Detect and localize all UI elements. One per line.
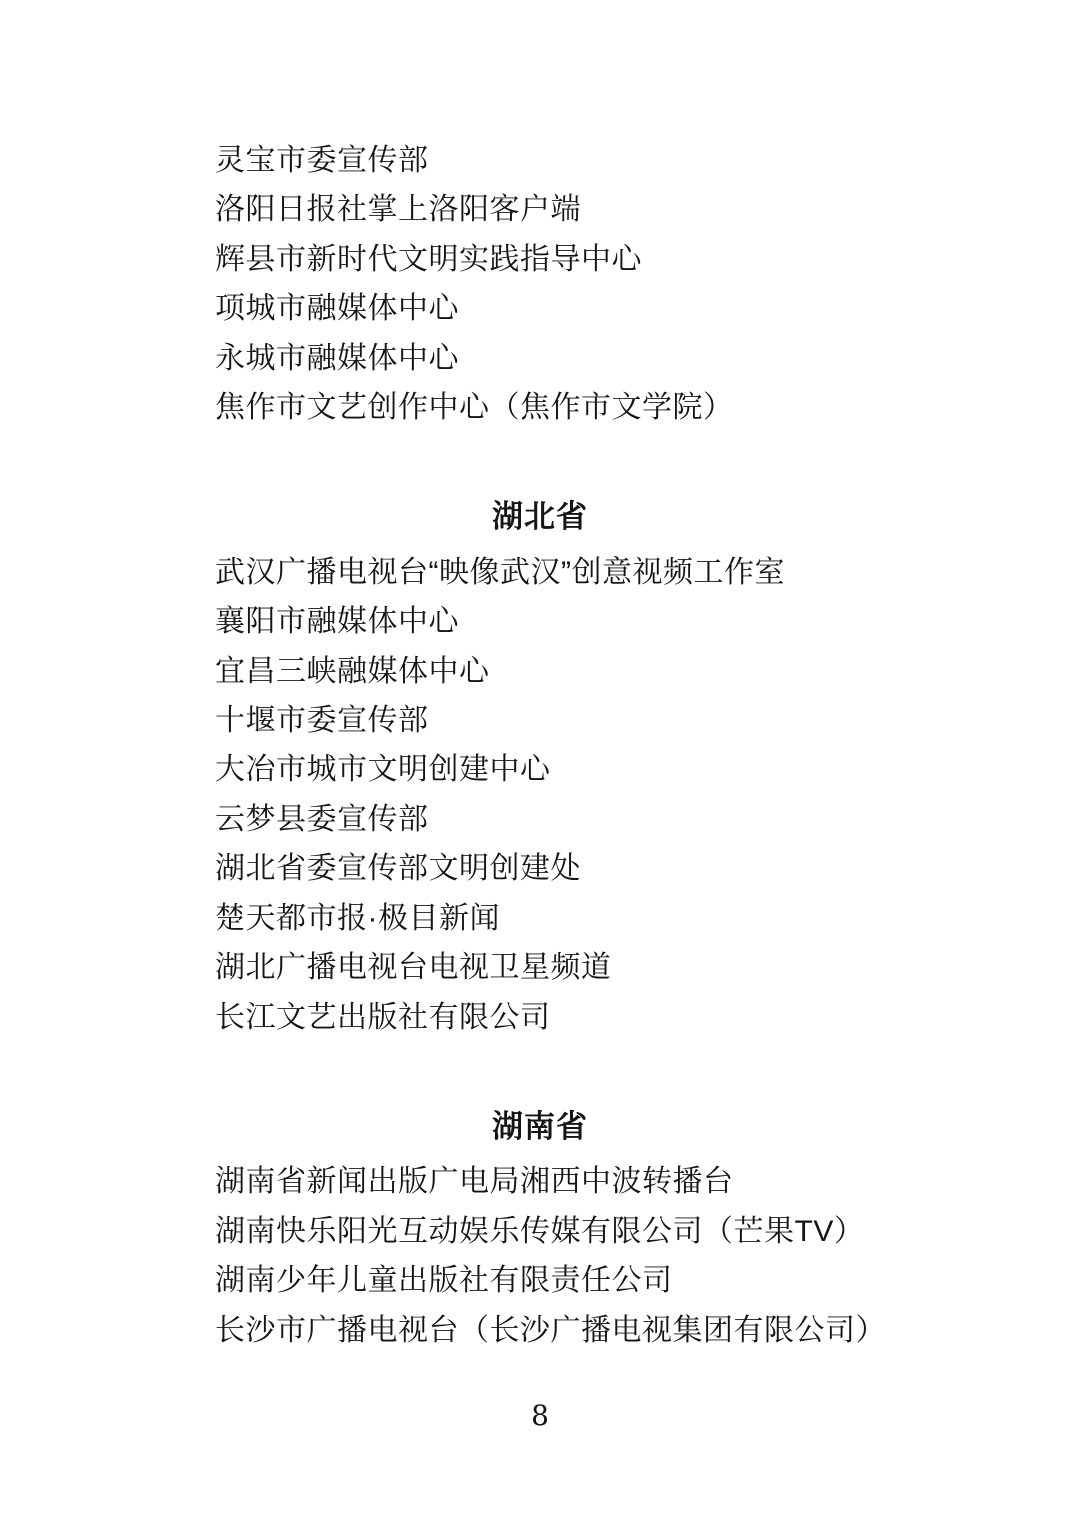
section-henan-continued: 灵宝市委宣传部 洛阳日报社掌上洛阳客户端 辉县市新时代文明实践指导中心 项城市融…: [0, 136, 1080, 432]
document-page: 灵宝市委宣传部 洛阳日报社掌上洛阳客户端 辉县市新时代文明实践指导中心 项城市融…: [0, 0, 1080, 1526]
org-line: 襄阳市融媒体中心: [215, 597, 1020, 646]
page-footer: 8: [0, 1399, 1080, 1433]
section-hubei: 湖北省 武汉广播电视台“映像武汉”创意视频工作室 襄阳市融媒体中心 宜昌三峡融媒…: [0, 492, 1080, 1041]
org-line: 云梦县委宣传部: [215, 795, 1020, 844]
section-hunan: 湖南省 湖南省新闻出版广电局湘西中波转播台 湖南快乐阳光互动娱乐传媒有限公司（芒…: [0, 1102, 1080, 1355]
org-line: 灵宝市委宣传部: [215, 136, 1020, 185]
page-number: 8: [531, 1399, 549, 1433]
province-header-hubei: 湖北省: [0, 492, 1080, 541]
org-line: 长江文艺出版社有限公司: [215, 993, 1020, 1042]
org-line: 湖南少年儿童出版社有限责任公司: [215, 1256, 1020, 1305]
org-line: 湖南省新闻出版广电局湘西中波转播台: [215, 1157, 1020, 1206]
org-line: 武汉广播电视台“映像武汉”创意视频工作室: [215, 548, 1020, 597]
org-line: 湖北广播电视台电视卫星频道: [215, 943, 1020, 992]
org-line: 大冶市城市文明创建中心: [215, 745, 1020, 794]
org-line: 湖北省委宣传部文明创建处: [215, 844, 1020, 893]
province-header-hunan: 湖南省: [0, 1102, 1080, 1151]
page-content: 灵宝市委宣传部 洛阳日报社掌上洛阳客户端 辉县市新时代文明实践指导中心 项城市融…: [0, 0, 1080, 1433]
org-line: 楚天都市报·极目新闻: [215, 894, 1020, 943]
org-line: 洛阳日报社掌上洛阳客户端: [215, 185, 1020, 234]
org-line: 长沙市广播电视台（长沙广播电视集团有限公司）: [215, 1306, 1020, 1355]
org-line: 十堰市委宣传部: [215, 696, 1020, 745]
org-line: 焦作市文艺创作中心（焦作市文学院）: [215, 383, 1020, 432]
org-line: 辉县市新时代文明实践指导中心: [215, 235, 1020, 284]
org-line: 项城市融媒体中心: [215, 284, 1020, 333]
org-line: 永城市融媒体中心: [215, 334, 1020, 383]
org-line: 湖南快乐阳光互动娱乐传媒有限公司（芒果TV）: [215, 1207, 1020, 1256]
org-line: 宜昌三峡融媒体中心: [215, 647, 1020, 696]
